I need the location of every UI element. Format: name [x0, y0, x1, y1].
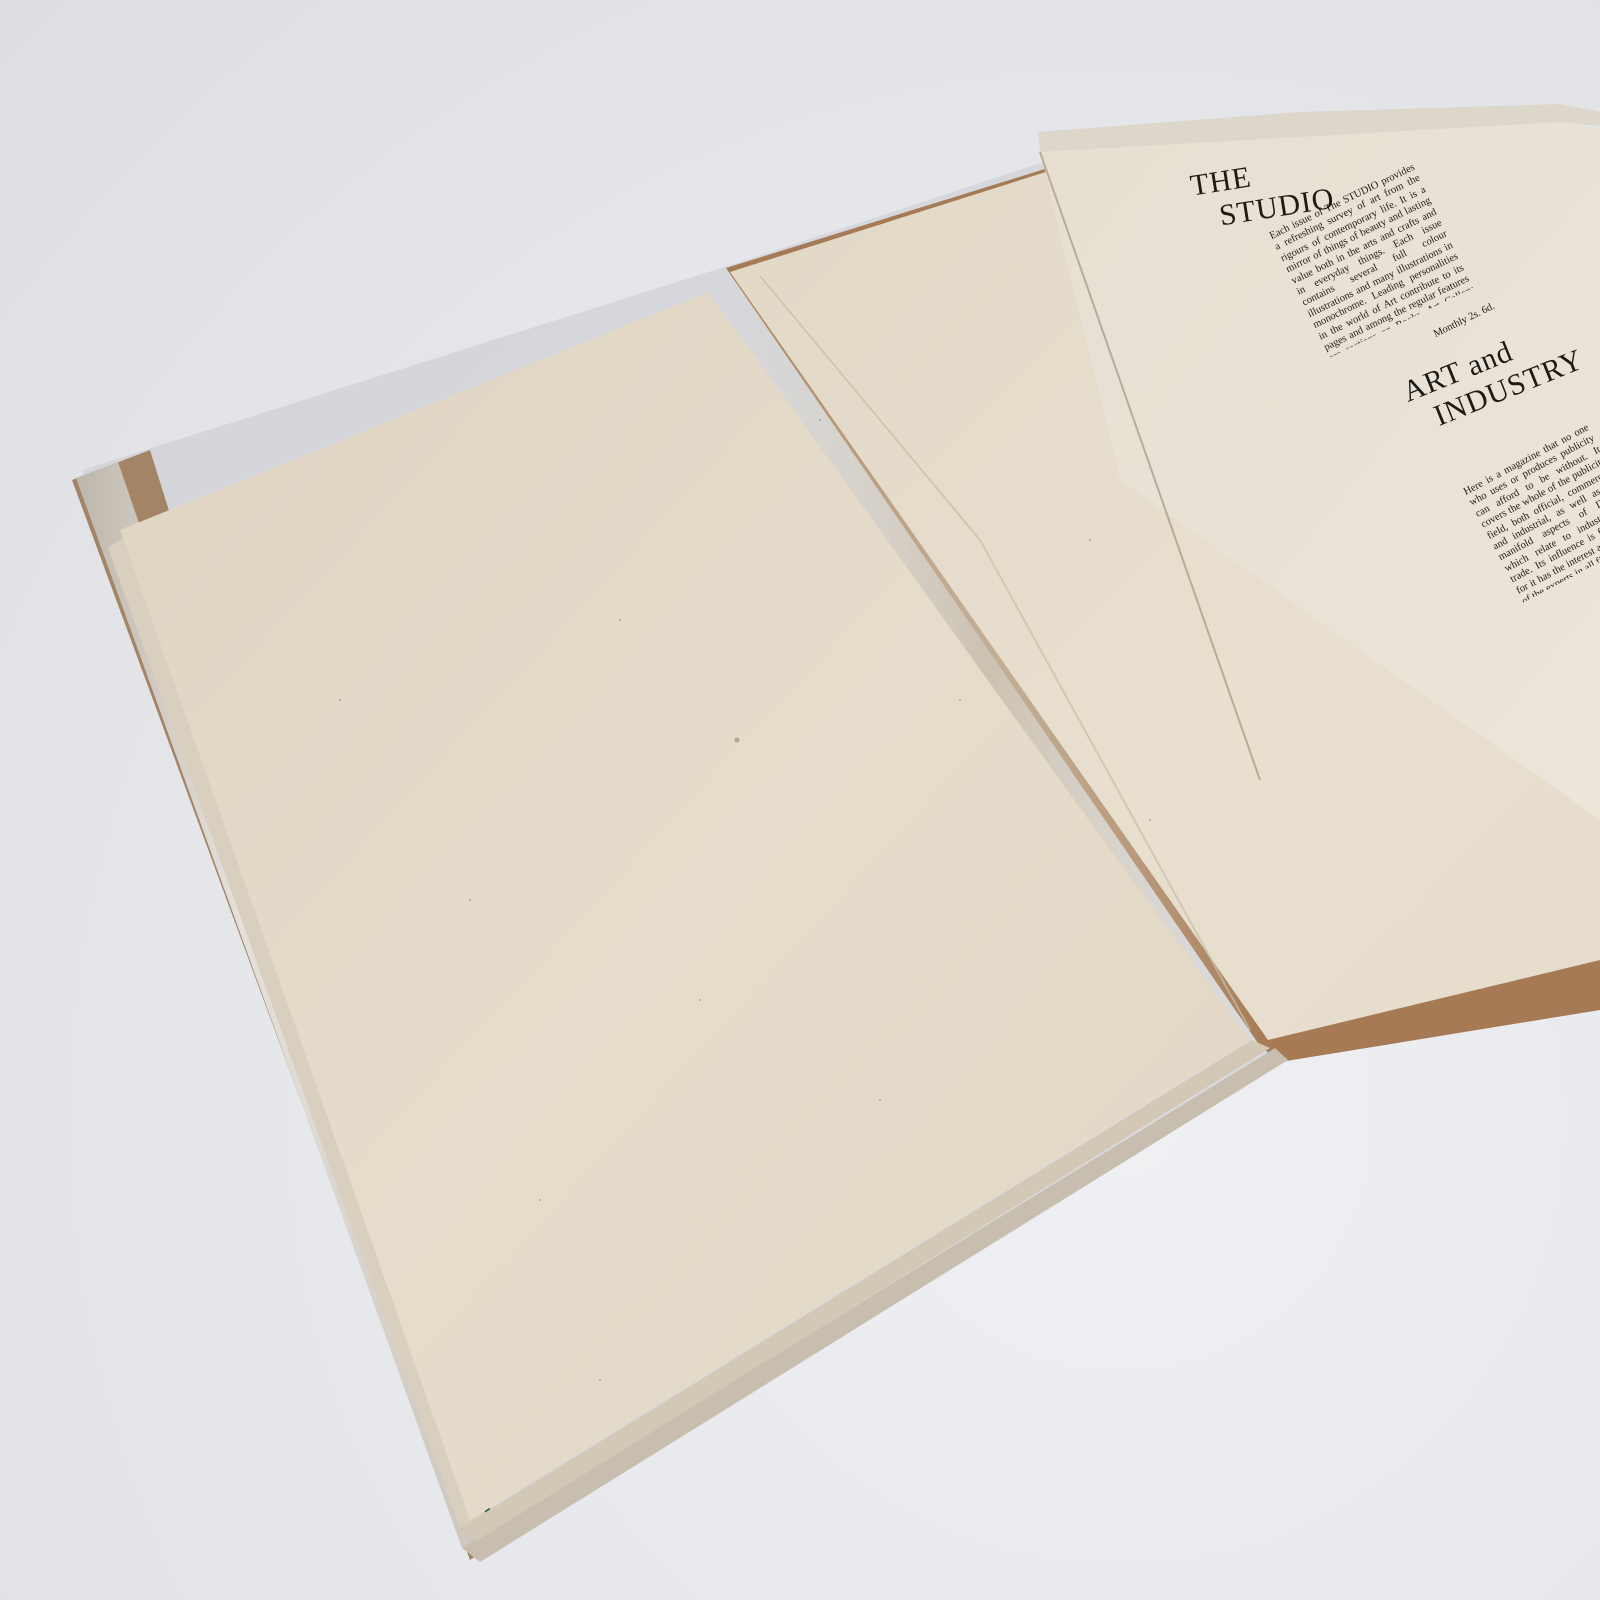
photo-scene: THE STUDIO Each issue of The STUDIO prov…: [0, 0, 1600, 1600]
